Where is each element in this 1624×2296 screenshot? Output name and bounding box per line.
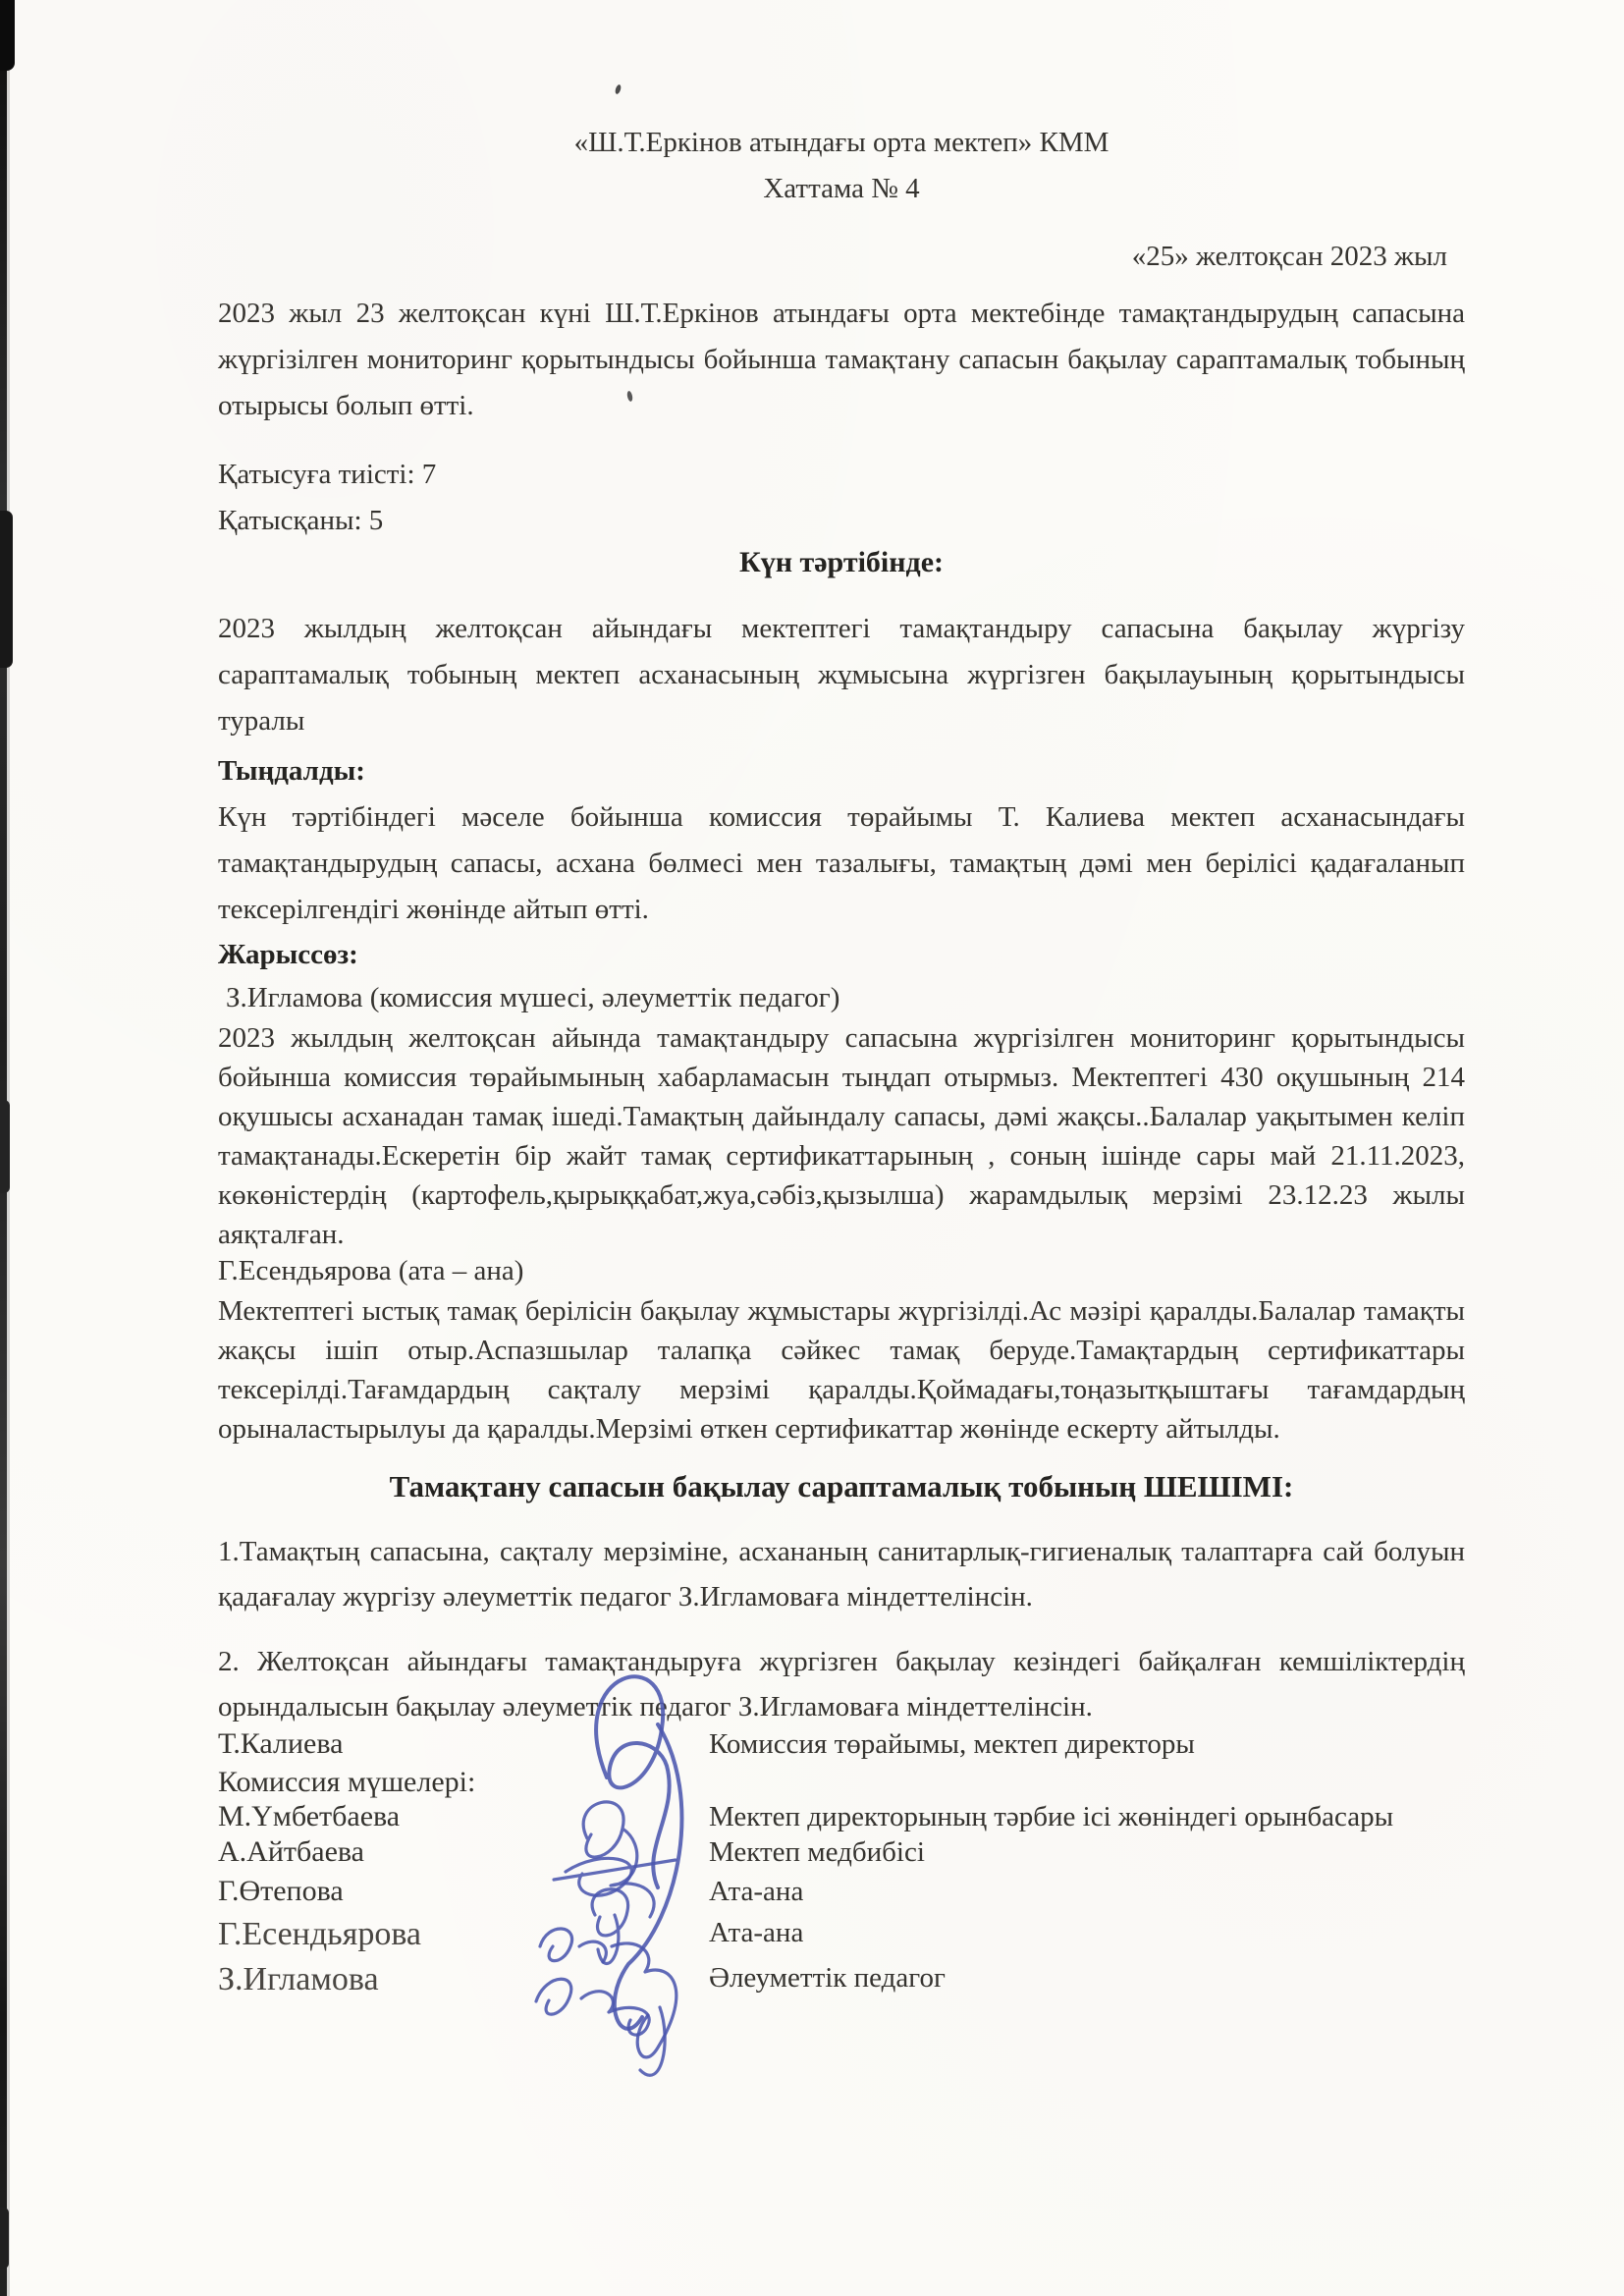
- heard-heading: Тыңдалды:: [218, 748, 1465, 794]
- members-label: Комиссия мүшелері:: [218, 1764, 709, 1801]
- signer-name: Г.Өтепова: [218, 1872, 709, 1911]
- signature-row: Г.Өтепова Ата-ана: [218, 1872, 1465, 1913]
- scanned-protocol-page: «Ш.Т.Еркінов атындағы орта мектеп» КММ Х…: [0, 0, 1624, 2296]
- scan-edge-blob: [0, 2208, 9, 2269]
- signer-role: Комиссия төрайымы, мектеп директоры: [709, 1724, 1465, 1764]
- heard-body: Күн тәртібіндегі мәселе бойынша комиссия…: [218, 794, 1465, 933]
- scan-speck: [615, 83, 623, 94]
- speaker-1-name: З.Игламова (комиссия мүшесі, әлеуметтік …: [218, 975, 1465, 1021]
- speech-2-body: Мектептегі ыстық тамақ берілісін бақылау…: [218, 1291, 1465, 1449]
- signer-role: Мектеп директорының тәрбие ісі жөніндегі…: [709, 1797, 1465, 1836]
- signer-role: Мектеп медбибісі: [709, 1832, 1465, 1872]
- signer-name: А.Айтбаева: [218, 1832, 709, 1872]
- signature-row: З.Игламова Әлеуметтік педагог: [218, 1958, 1465, 2003]
- signature-row: М.Үмбетбаева Мектеп директорының тәрбие …: [218, 1797, 1465, 1832]
- scan-corner-blob: [0, 0, 15, 71]
- signer-name: Т.Калиева: [218, 1724, 709, 1764]
- signer-role: Ата-ана: [709, 1872, 1465, 1911]
- scan-edge-blob: [0, 511, 13, 668]
- signature-block: Т.Калиева Комиссия төрайымы, мектеп дире…: [218, 1724, 1465, 2003]
- agenda-body: 2023 жылдың желтоқсан айындағы мектептег…: [218, 606, 1465, 744]
- decision-item-1: 1.Тамақтың сапасына, сақталу мерзіміне, …: [218, 1529, 1465, 1619]
- attendance-block: Қатысуға тиісті: 7 Қатысқаны: 5: [218, 452, 1465, 544]
- signer-role: Ата-ана: [709, 1913, 1465, 1952]
- document-header: «Ш.Т.Еркінов атындағы орта мектеп» КММ Х…: [218, 120, 1465, 212]
- speech-1-body: 2023 жылдың желтоқсан айында тамақтандыр…: [218, 1018, 1465, 1254]
- signer-role: Әлеуметтік педагог: [709, 1958, 1465, 1997]
- document-date: «25» желтоқсан 2023 жыл: [218, 234, 1465, 280]
- organization-title: «Ш.Т.Еркінов атындағы орта мектеп» КММ: [218, 120, 1465, 166]
- signer-name: Г.Есендьярова: [218, 1913, 709, 1956]
- signature-row: А.Айтбаева Мектеп медбибісі: [218, 1832, 1465, 1872]
- attendance-required: Қатысуға тиісті: 7: [218, 452, 1465, 498]
- signature-row: Г.Есендьярова Ата-ана: [218, 1913, 1465, 1958]
- signature-row-chair: Т.Калиева Комиссия төрайымы, мектеп дире…: [218, 1724, 1465, 1764]
- attendance-present: Қатысқаны: 5: [218, 498, 1465, 544]
- signature-members-label-row: Комиссия мүшелері:: [218, 1764, 1465, 1797]
- decision-item-2: 2. Желтоқсан айындағы тамақтандыруға жүр…: [218, 1639, 1465, 1729]
- signer-name: М.Үмбетбаева: [218, 1797, 709, 1836]
- decision-heading: Тамақтану сапасын бақылау сараптамалық т…: [218, 1463, 1465, 1509]
- intro-paragraph: 2023 жыл 23 желтоқсан күні Ш.Т.Еркінов а…: [218, 291, 1465, 429]
- speaker-2-name: Г.Есендьярова (ата – ана): [218, 1248, 1465, 1294]
- speeches-heading: Жарыссөз:: [218, 932, 1465, 978]
- scan-edge-blob: [0, 1100, 10, 1193]
- protocol-number: Хаттама № 4: [218, 166, 1465, 212]
- agenda-heading: Күн тәртібінде:: [218, 539, 1465, 585]
- signer-name: З.Игламова: [218, 1958, 709, 2001]
